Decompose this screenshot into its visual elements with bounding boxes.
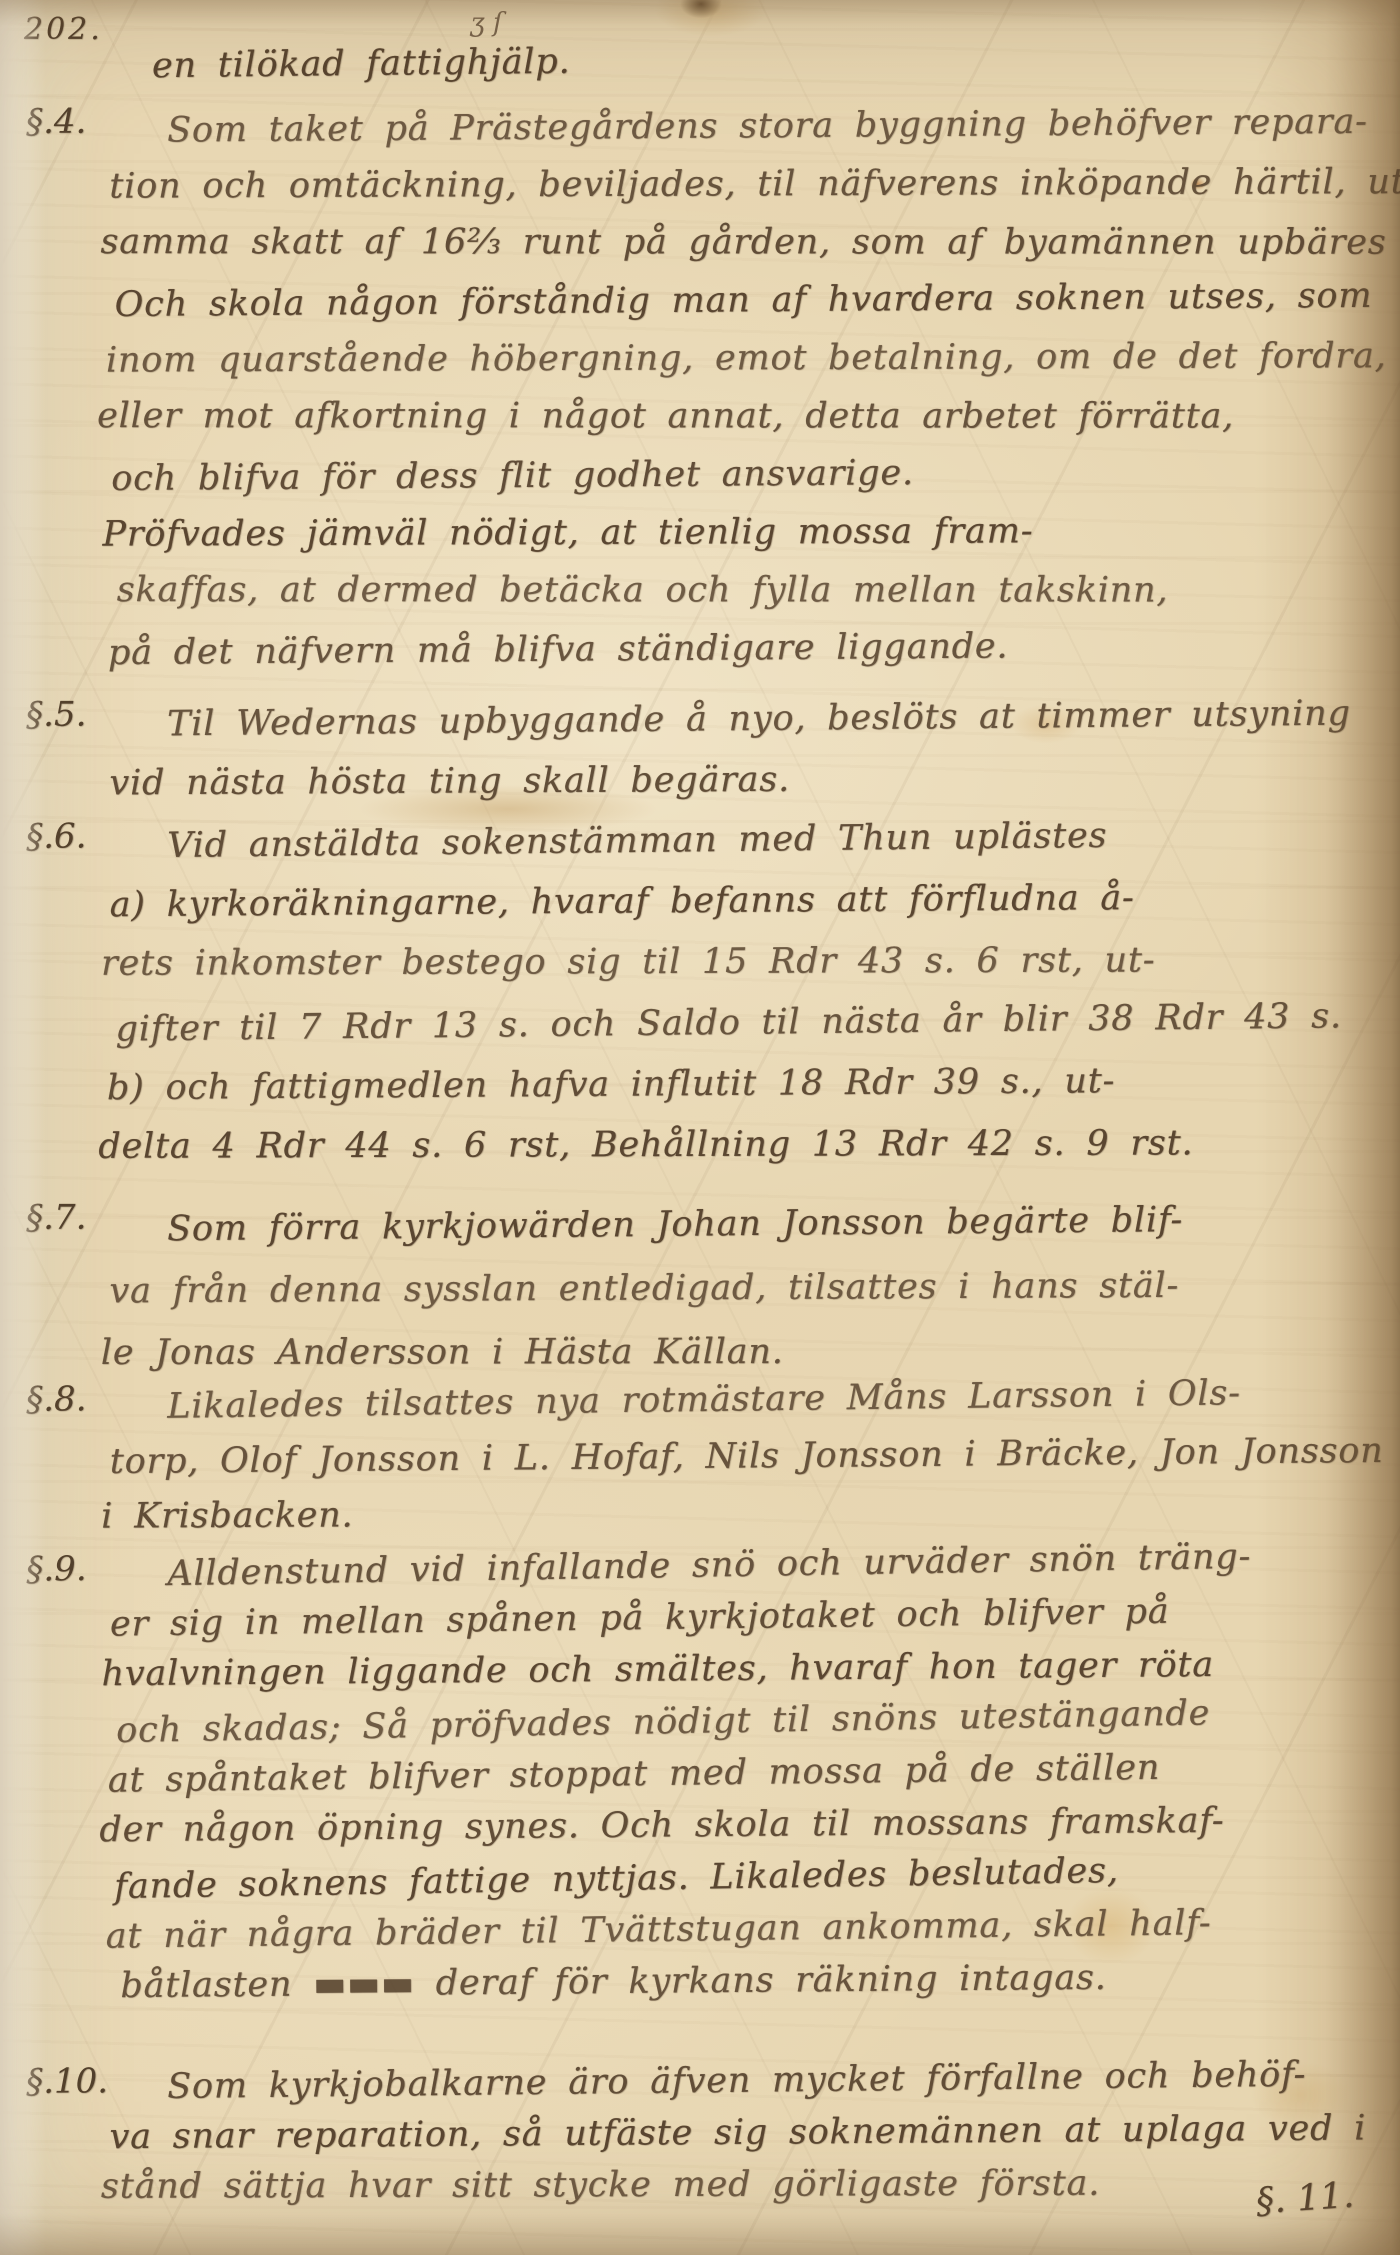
section-5: §.5.Til Wedernas upbyggande å nyo, beslö… bbox=[0, 686, 1400, 815]
manuscript-line: Vid anstäldta sokenstämman med Thun uplä… bbox=[95, 803, 1400, 878]
page-top-edge bbox=[0, 0, 1400, 26]
manuscript-line: Pröfvades jämväl nödigt, at tienlig moss… bbox=[96, 501, 1400, 564]
section-label: §.5. bbox=[26, 695, 86, 735]
manuscript-line: a) kyrkoräkningarne, hvaraf befanns att … bbox=[95, 866, 1400, 936]
manuscript-line: Som förra kyrkjowärden Johan Jonsson beg… bbox=[95, 1186, 1400, 1262]
manuscript-line: inom quarstående höbergning, emot betaln… bbox=[96, 327, 1400, 390]
manuscript-page: 202. ʒ ſ en tilökad fattighjälp. §.4.Som… bbox=[0, 0, 1400, 2255]
manuscript-line: gifter til 7 Rdr 13 s. och Saldo til näs… bbox=[96, 986, 1400, 1061]
section-label: §.6. bbox=[26, 816, 87, 856]
section-9: §.9.Alldenstund vid infallande snö och u… bbox=[0, 1531, 1400, 2016]
manuscript-line: torp, Olof Jonsson i L. Hofaf, Nils Jons… bbox=[95, 1423, 1400, 1491]
manuscript-line: båtlasten ▬▬▬ deraf för kyrkans räkning … bbox=[100, 1949, 1400, 2012]
interlinear-correction-mark: ʒ ſ bbox=[470, 8, 503, 38]
manuscript-line: Och skola någon förståndig man af hvarde… bbox=[96, 267, 1400, 335]
manuscript-line: på det näfvern må blifva ständigare ligg… bbox=[97, 615, 1400, 683]
top-notch-halo bbox=[636, 0, 786, 46]
section-label: §.8. bbox=[26, 1379, 87, 1420]
manuscript-line: va snar reparation, så utfäste sig sokne… bbox=[95, 2102, 1400, 2163]
section-4: §.4.Som taket på Prästegårdens stora byg… bbox=[0, 95, 1400, 680]
manuscript-line: skaffas, at dermed betäcka och fylla mel… bbox=[97, 561, 1400, 619]
manuscript-line: stånd sättja hvar sitt stycke med görlig… bbox=[96, 2157, 1400, 2213]
top-edge-tear bbox=[672, 0, 730, 24]
manuscript-line: samma skatt af 16⅔ runt på gården, som a… bbox=[95, 213, 1400, 271]
page-bottom-edge bbox=[0, 2213, 1400, 2255]
next-section-marker: §. 11. bbox=[1255, 2175, 1356, 2223]
manuscript-line: delta 4 Rdr 44 s. 6 rst, Behållning 13 R… bbox=[97, 1113, 1400, 1178]
manuscript-line: va från denna sysslan entledigad, tilsat… bbox=[95, 1253, 1400, 1324]
manuscript-line: och blifva för dess flit godhet ansvarig… bbox=[96, 441, 1400, 509]
section-7: §.7.Som förra kyrkjowärden Johan Jonsson… bbox=[0, 1189, 1400, 1388]
manuscript-line: tion och omtäckning, beviljades, til näf… bbox=[95, 153, 1400, 216]
section-label: §.9. bbox=[26, 1549, 87, 1590]
manuscript-line: eller mot afkortning i något annat, dett… bbox=[96, 387, 1400, 445]
manuscript-line: rets inkomster bestego sig til 15 Rdr 43… bbox=[96, 930, 1400, 995]
manuscript-line: Til Wedernas upbyggande å nyo, beslöts a… bbox=[95, 683, 1400, 756]
section-label: §.7. bbox=[26, 1198, 86, 1238]
manuscript-line: b) och fattigmedlen hafva influtit 18 Rd… bbox=[97, 1049, 1400, 1119]
manuscript-line: Som taket på Prästegårdens stora byggnin… bbox=[95, 93, 1400, 161]
section-6: §.6.Vid anstäldta sokenstämman med Thun … bbox=[0, 805, 1400, 1181]
section-label: §.4. bbox=[26, 102, 86, 142]
section-10: §.10.Som kyrkjobalkarne äro äfven mycket… bbox=[0, 2050, 1400, 2216]
section-8: §.8.Likaledes tilsattes nya rotmästare M… bbox=[0, 1366, 1400, 1549]
page-number: 202. bbox=[24, 12, 103, 47]
continuation-line: en tilökad fattighjälp. bbox=[152, 42, 571, 86]
